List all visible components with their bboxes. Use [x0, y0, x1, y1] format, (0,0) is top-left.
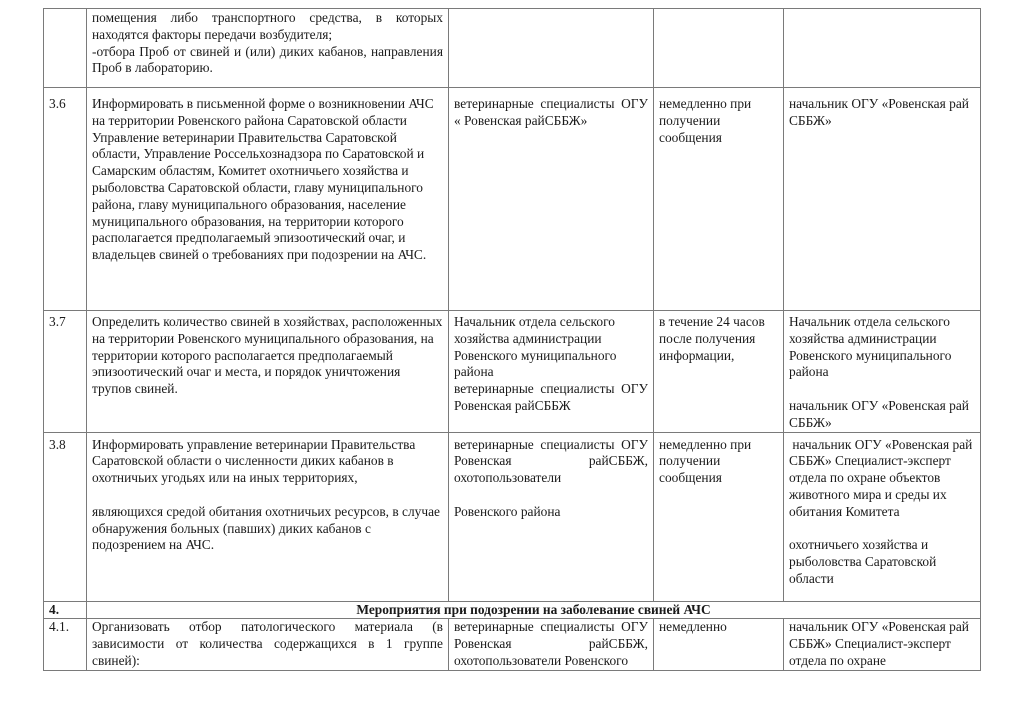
action-cell: помещения либо транспортного средства, в…: [87, 9, 449, 88]
action-cell: Информировать в письменной форме о возни…: [87, 88, 449, 311]
table-row: 3.7 Определить количество свиней в хозяй…: [44, 311, 981, 433]
deadline-cell: немедленно при получении сообщения: [654, 88, 784, 311]
action-line: Информировать управление ветеринарии Пра…: [92, 437, 443, 487]
responsible-line: Ровенского района: [454, 504, 648, 521]
table-row: 3.6 Информировать в письменной форме о в…: [44, 88, 981, 311]
control-line: начальник ОГУ «Ровенская рай СББЖ» Специ…: [789, 437, 975, 521]
control-line: Начальник отдела сельского хозяйства адм…: [789, 314, 975, 381]
action-cell: Информировать управление ветеринарии Пра…: [87, 432, 449, 601]
action-cell: Определить количество свиней в хозяйства…: [87, 311, 449, 433]
row-number: 4.1.: [44, 619, 87, 670]
measures-table: помещения либо транспортного средства, в…: [43, 8, 981, 671]
control-cell: Начальник отдела сельского хозяйства адм…: [784, 311, 981, 433]
responsible-cell: ветеринарные специалисты ОГУ Ровенская р…: [449, 619, 654, 670]
responsible-cell: ветеринарные специалисты ОГУ « Ровенская…: [449, 88, 654, 311]
table-row: 3.8 Информировать управление ветеринарии…: [44, 432, 981, 601]
action-line: являющихся средой обитания охотничьих ре…: [92, 504, 443, 554]
control-line: охотничьего хозяйства и рыболовства Сара…: [789, 537, 975, 587]
control-cell: начальник ОГУ «Ровенская рай СББЖ» Специ…: [784, 619, 981, 670]
responsible-line: ветеринарные специалисты ОГУ Ровенская р…: [454, 381, 648, 415]
table-row: помещения либо транспортного средства, в…: [44, 9, 981, 88]
row-number: [44, 9, 87, 88]
control-cell: начальник ОГУ «Ровенская рай СББЖ» Специ…: [784, 432, 981, 601]
responsible-cell: Начальник отдела сельского хозяйства адм…: [449, 311, 654, 433]
row-number: 3.7: [44, 311, 87, 433]
section-number: 4.: [44, 601, 87, 619]
action-cell: Организовать отбор патологического матер…: [87, 619, 449, 670]
section-title: Мероприятия при подозрении на заболевани…: [87, 601, 981, 619]
row-number: 3.8: [44, 432, 87, 601]
section-header-row: 4. Мероприятия при подозрении на заболев…: [44, 601, 981, 619]
responsible-line: ветеринарные специалисты ОГУ Ровенская р…: [454, 437, 648, 487]
deadline-cell: в течение 24 часов после получения инфор…: [654, 311, 784, 433]
deadline-cell: [654, 9, 784, 88]
deadline-cell: немедленно: [654, 619, 784, 670]
control-line: начальник ОГУ «Ровенская рай СББЖ»: [789, 398, 975, 432]
blank-line: [789, 521, 975, 538]
responsible-cell: [449, 9, 654, 88]
table-row: 4.1. Организовать отбор патологического …: [44, 619, 981, 670]
responsible-cell: ветеринарные специалисты ОГУ Ровенская р…: [449, 432, 654, 601]
control-cell: начальник ОГУ «Ровенская рай СББЖ»: [784, 88, 981, 311]
control-cell: [784, 9, 981, 88]
row-number: 3.6: [44, 88, 87, 311]
blank-line: [454, 487, 648, 504]
blank-line: [92, 487, 443, 504]
blank-line: [789, 381, 975, 398]
responsible-line: Начальник отдела сельского хозяйства адм…: [454, 314, 648, 381]
deadline-cell: немедленно при получении сообщения: [654, 432, 784, 601]
